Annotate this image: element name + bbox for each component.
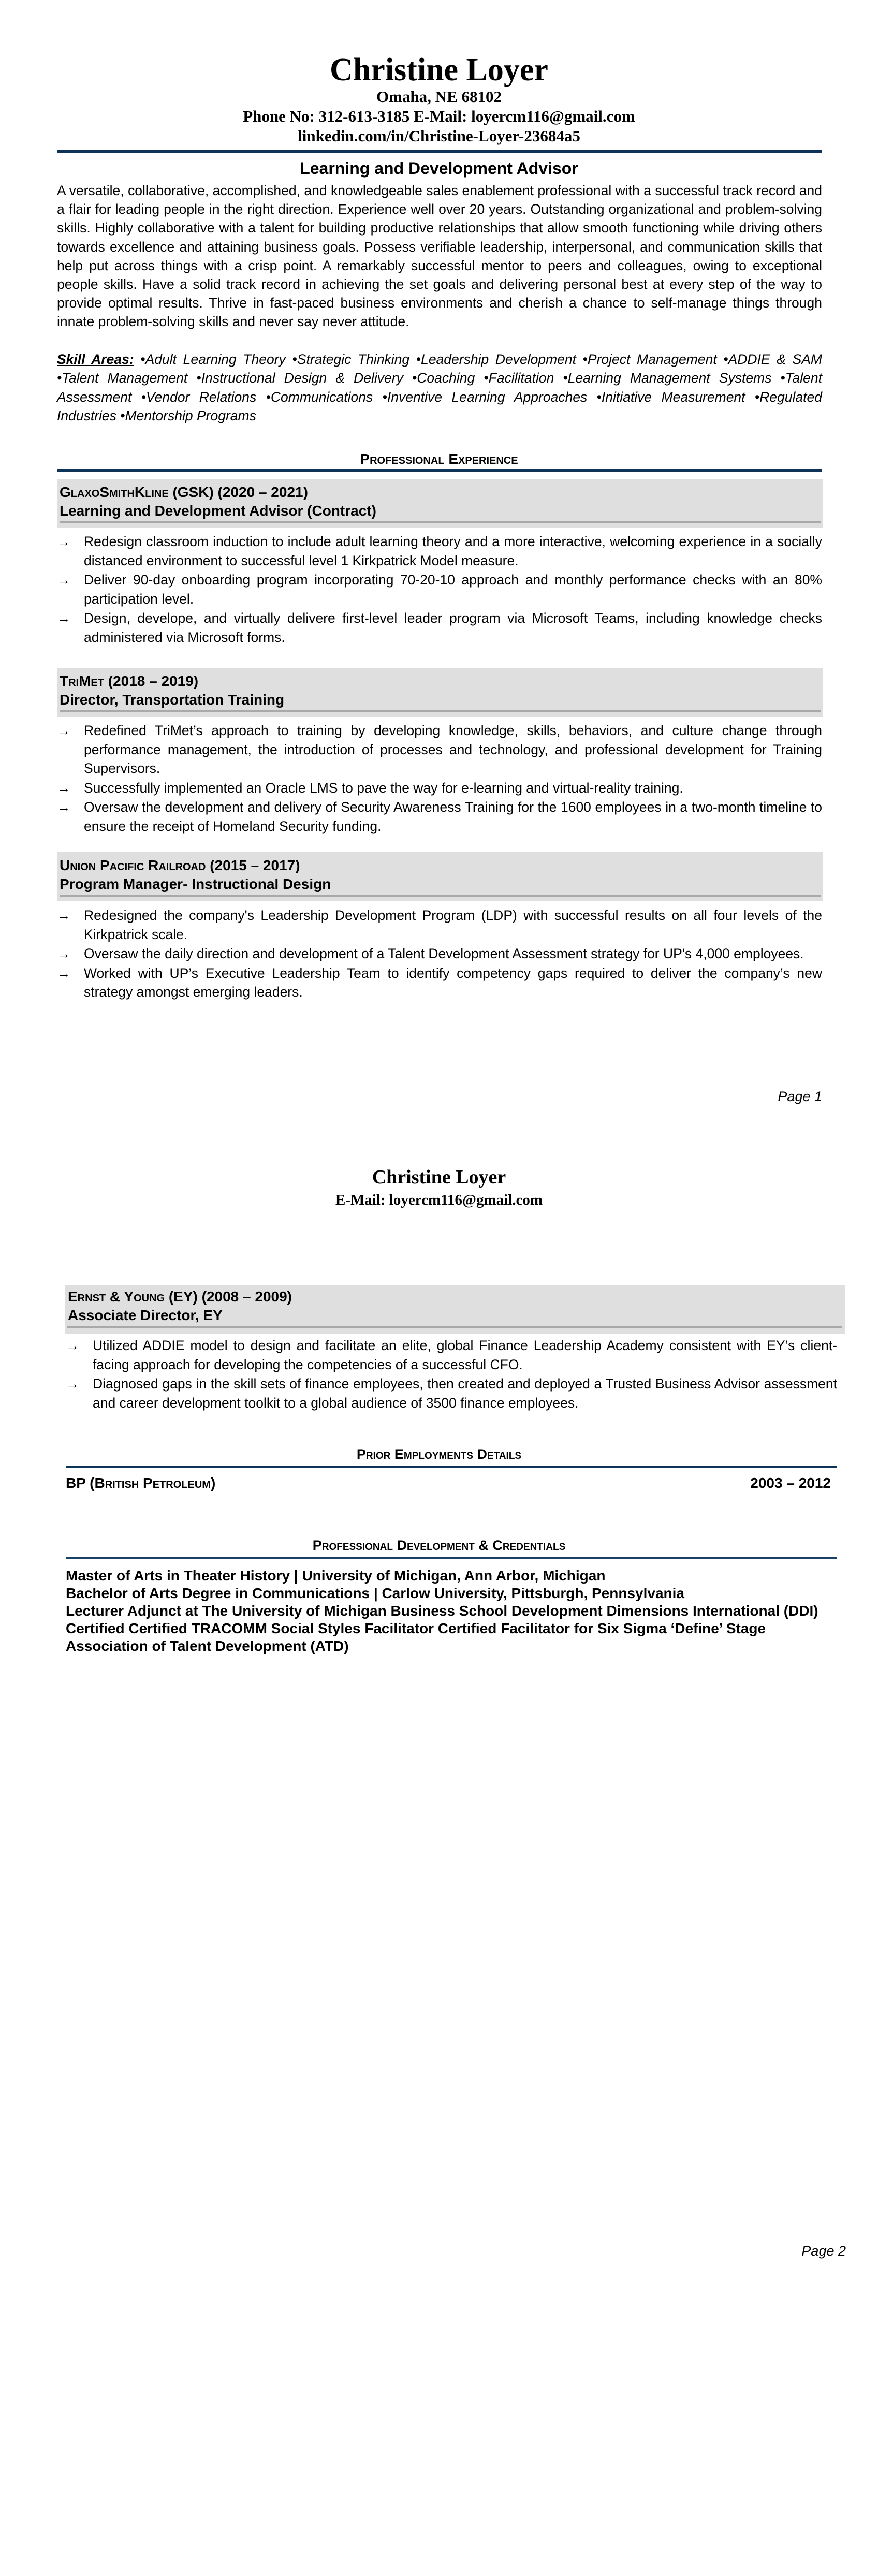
- job-header-ey: Ernst & Young (EY) (2008 – 2009) Associa…: [65, 1285, 845, 1334]
- role-title: Learning and Development Advisor: [0, 158, 878, 178]
- bullet-item: →Design, develope, and virtually deliver…: [57, 609, 822, 647]
- job-bullets-ey: →Utilized ADDIE model to design and faci…: [66, 1336, 837, 1413]
- bullet-item: →Successfully implemented an Oracle LMS …: [57, 779, 822, 798]
- job-header-rule: [60, 895, 821, 897]
- job-role: Learning and Development Advisor (Contra…: [60, 502, 376, 520]
- skill-item: •Facilitation: [475, 370, 554, 386]
- credential-item: Certified Certified TRACOMM Social Style…: [66, 1620, 842, 1637]
- job-header-trimet: TriMet (2018 – 2019) Director, Transport…: [57, 668, 823, 717]
- page-number-2: Page 2: [801, 2243, 846, 2259]
- skill-item: •Communications: [256, 389, 373, 405]
- bullet-item: →Worked with UP’s Executive Leadership T…: [57, 964, 822, 1002]
- job-header-gsk: GlaxoSmithKline (GSK) (2020 – 2021) Lear…: [57, 479, 823, 528]
- skill-item: •Talent Management: [57, 370, 187, 386]
- skill-item: •Initiative Measurement: [587, 389, 745, 405]
- arrow-right-icon: →: [57, 798, 70, 817]
- prior-divider: [66, 1466, 837, 1468]
- skill-areas: Skill Areas: •Adult Learning Theory •Str…: [57, 350, 822, 426]
- skill-item: •Instructional Design & Delivery: [187, 370, 403, 386]
- bullet-item: →Oversaw the development and delivery of…: [57, 798, 822, 836]
- prior-company: BP (British Petroleum): [66, 1475, 215, 1491]
- job-company: TriMet (2018 – 2019): [60, 672, 198, 691]
- job-header-union-pacific: Union Pacific Railroad (2015 – 2017) Pro…: [57, 852, 823, 901]
- skill-item: •Leadership Development: [409, 352, 576, 367]
- page-number-1: Page 1: [778, 1088, 822, 1105]
- skill-item: •Coaching: [403, 370, 475, 386]
- job-bullets-union-pacific: →Redesigned the company's Leadership Dev…: [57, 906, 822, 1002]
- bullet-item: →Redesigned the company's Leadership Dev…: [57, 906, 822, 944]
- credentials-divider: [66, 1557, 837, 1559]
- page2-email: E-Mail: loyercm116@gmail.com: [0, 1191, 878, 1209]
- skill-item: •Strategic Thinking: [286, 352, 409, 367]
- skill-item: •Adult Learning Theory: [140, 352, 286, 367]
- arrow-right-icon: →: [66, 1336, 79, 1355]
- job-company: Ernst & Young (EY) (2008 – 2009): [68, 1287, 292, 1306]
- arrow-right-icon: →: [57, 609, 70, 628]
- credential-item: Bachelor of Arts Degree in Communication…: [66, 1585, 842, 1602]
- job-company: GlaxoSmithKline (GSK) (2020 – 2021): [60, 483, 308, 502]
- skill-item: •Vendor Relations: [131, 389, 256, 405]
- skill-item: •Project Management: [576, 352, 717, 367]
- bullet-item: →Oversaw the daily direction and develop…: [57, 944, 822, 963]
- skill-item: •Learning Management Systems: [554, 370, 771, 386]
- bullet-item: →Redefined TriMet’s approach to training…: [57, 721, 822, 778]
- bullet-item: →Utilized ADDIE model to design and faci…: [66, 1336, 837, 1374]
- job-role: Program Manager- Instructional Design: [60, 875, 331, 894]
- section-heading-experience: Professional Experience: [0, 450, 878, 468]
- bullet-item: →Redesign classroom induction to include…: [57, 532, 822, 570]
- skill-areas-list: •Adult Learning Theory •Strategic Thinki…: [57, 352, 822, 423]
- candidate-name: Christine Loyer: [0, 52, 878, 88]
- job-header-rule: [67, 1326, 842, 1328]
- arrow-right-icon: →: [57, 721, 70, 740]
- section-heading-prior-employments: Prior Employments Details: [0, 1445, 878, 1463]
- job-header-rule: [60, 521, 821, 523]
- experience-divider: [57, 469, 822, 472]
- credential-item: Master of Arts in Theater History | Univ…: [66, 1567, 842, 1585]
- credential-item: Lecturer Adjunct at The University of Mi…: [66, 1602, 842, 1620]
- skill-item: •Mentorship Programs: [116, 408, 256, 423]
- section-heading-credentials: Professional Development & Credentials: [0, 1536, 878, 1554]
- prior-employment-row: BP (British Petroleum) 2003 – 2012: [66, 1474, 831, 1492]
- arrow-right-icon: →: [66, 1374, 79, 1394]
- page2-candidate-name: Christine Loyer: [0, 1166, 878, 1189]
- credential-item: Association of Talent Development (ATD): [66, 1637, 842, 1655]
- job-role: Associate Director, EY: [68, 1306, 223, 1325]
- summary: A versatile, collaborative, accomplished…: [57, 181, 822, 331]
- arrow-right-icon: →: [57, 964, 70, 983]
- address: Omaha, NE 68102: [0, 87, 878, 107]
- phone-email: Phone No: 312-613-3185 E-Mail: loyercm11…: [0, 107, 878, 126]
- skill-item: •ADDIE & SAM: [717, 352, 822, 367]
- bullet-item: →Deliver 90-day onboarding program incor…: [57, 570, 822, 608]
- linkedin: linkedin.com/in/Christine-Loyer-23684a5: [0, 126, 878, 146]
- credentials-list: Master of Arts in Theater History | Univ…: [66, 1567, 842, 1655]
- job-header-rule: [60, 710, 821, 712]
- skill-areas-label: Skill Areas:: [57, 352, 134, 367]
- job-bullets-trimet: →Redefined TriMet’s approach to training…: [57, 721, 822, 837]
- arrow-right-icon: →: [57, 570, 70, 590]
- arrow-right-icon: →: [57, 906, 70, 925]
- job-company: Union Pacific Railroad (2015 – 2017): [60, 856, 300, 875]
- arrow-right-icon: →: [57, 532, 70, 551]
- arrow-right-icon: →: [57, 779, 70, 798]
- skill-item: •Inventive Learning Approaches: [373, 389, 587, 405]
- arrow-right-icon: →: [57, 944, 70, 963]
- prior-dates: 2003 – 2012: [750, 1474, 831, 1492]
- job-bullets-gsk: →Redesign classroom induction to include…: [57, 532, 822, 648]
- header-divider: [57, 150, 822, 153]
- bullet-item: →Diagnosed gaps in the skill sets of fin…: [66, 1374, 837, 1412]
- job-role: Director, Transportation Training: [60, 691, 284, 709]
